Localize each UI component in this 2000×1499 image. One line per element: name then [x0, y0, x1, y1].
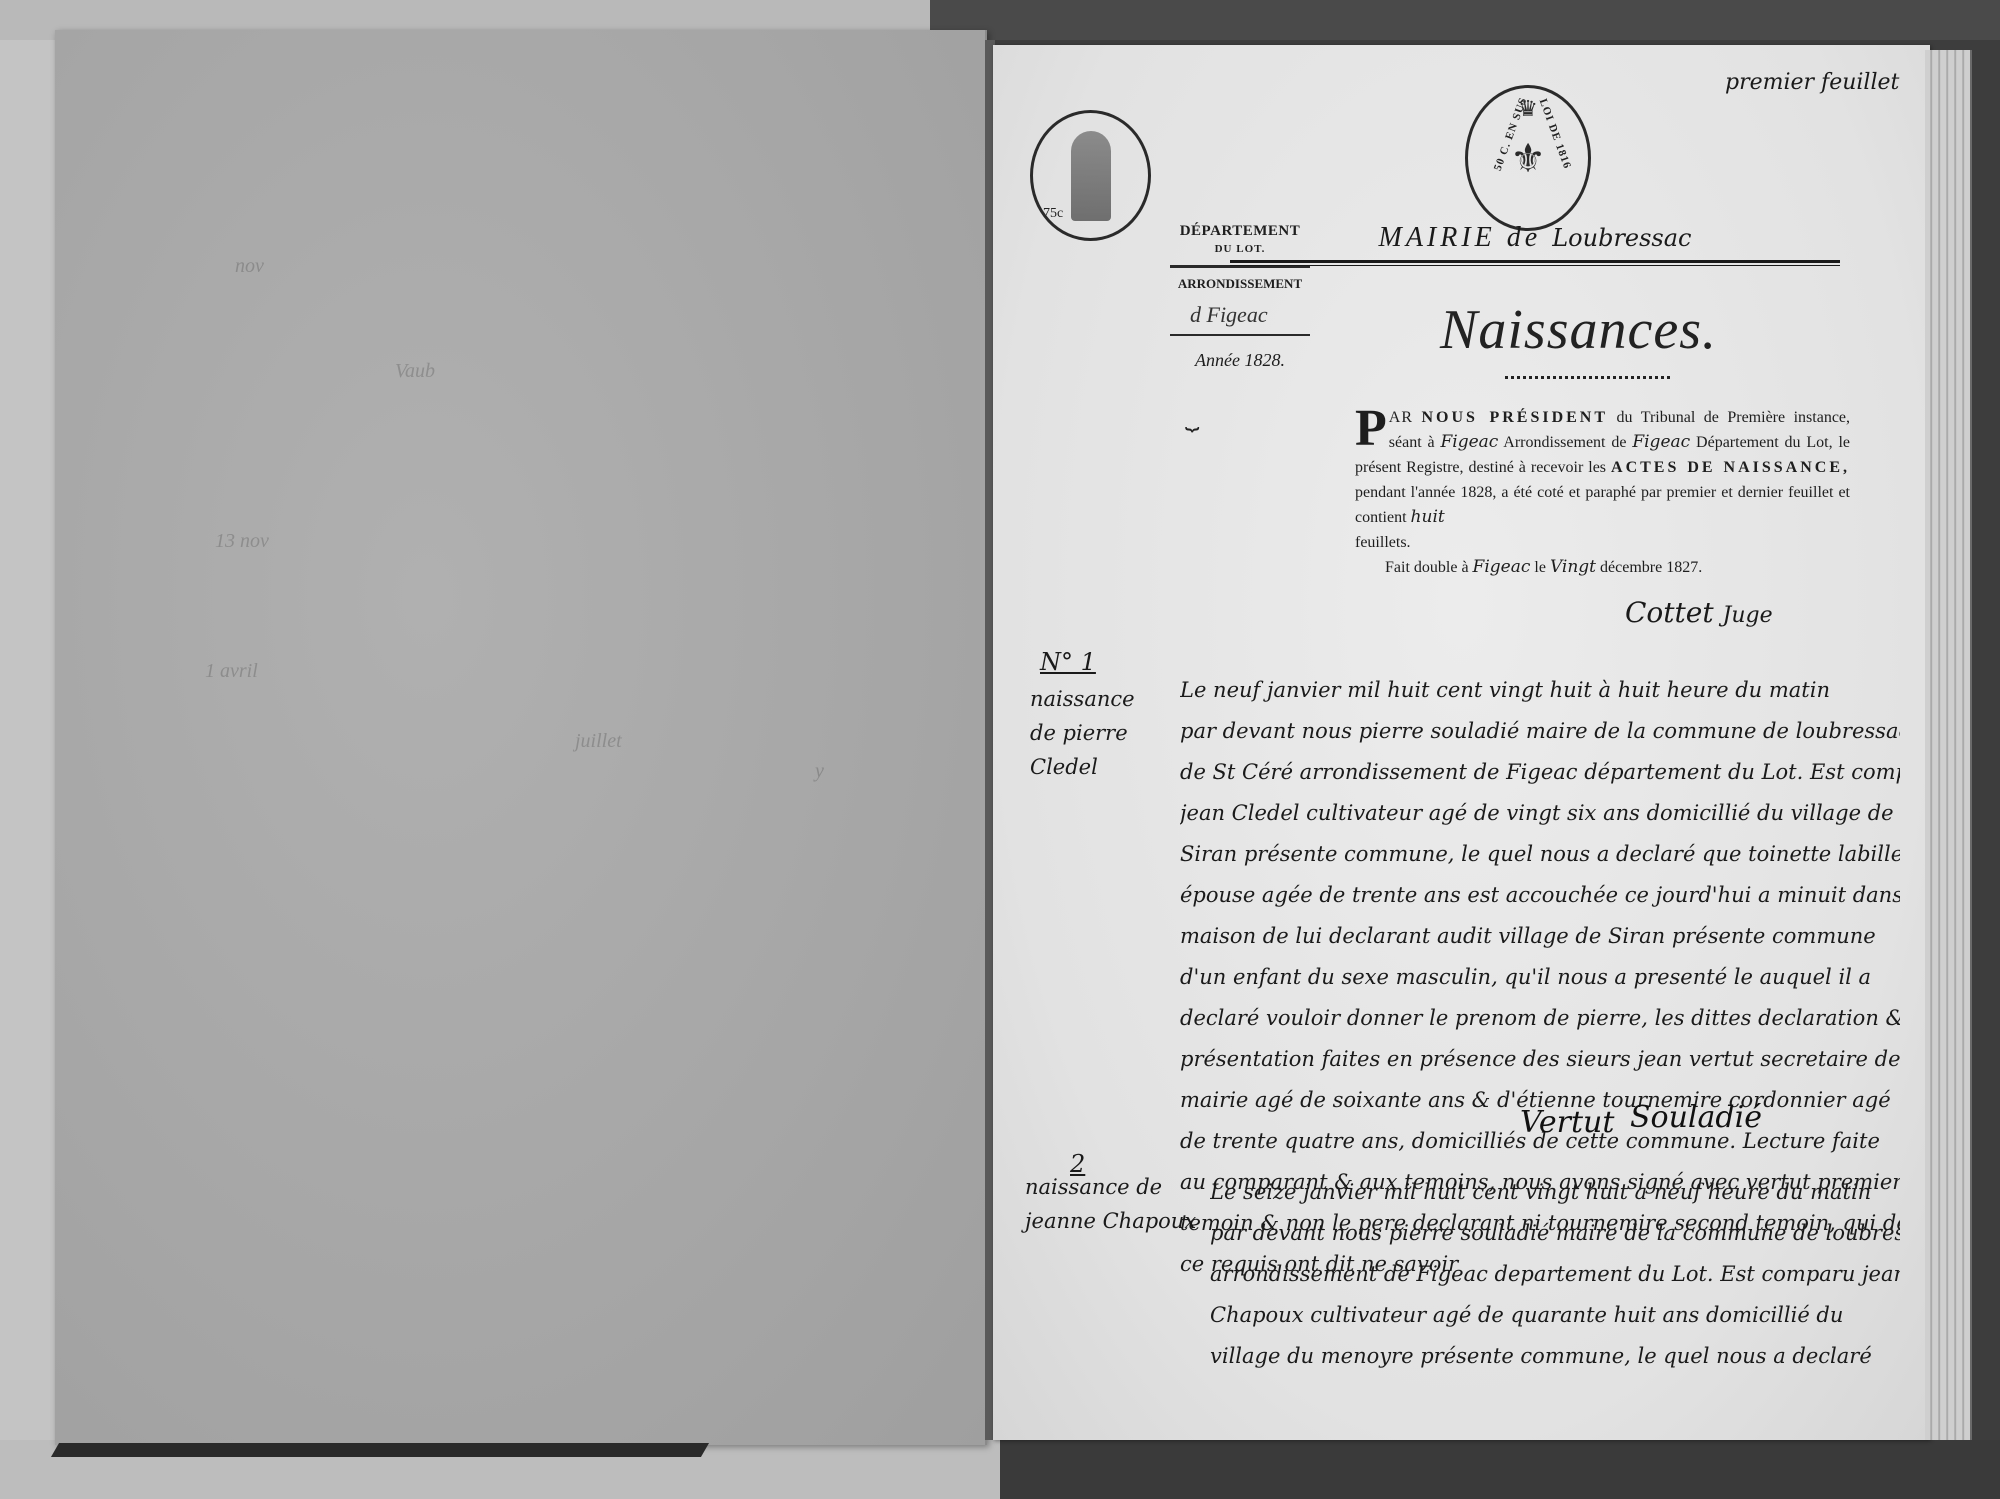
faint-mark: 13 nov	[215, 530, 269, 553]
underlying-page-edge	[0, 40, 63, 1440]
fait-place: Figeac	[1473, 557, 1531, 577]
corner-note: premier feuillet	[1725, 70, 1899, 95]
birth-entry-2: Le seize janvier mil huit cent vingt hui…	[1210, 1172, 1900, 1377]
divider	[1170, 334, 1310, 336]
year-label: Année 1828.	[1170, 350, 1310, 371]
entry-margin-note: naissance de jeanne Chapoux	[1025, 1170, 1196, 1238]
stamp-denomination: 75c	[1043, 206, 1063, 222]
register-title: Naissances.	[1440, 298, 1717, 362]
seant-place: Figeac	[1440, 432, 1498, 452]
decorative-rule	[1505, 372, 1670, 379]
witness-signature: Vertut	[1520, 1105, 1614, 1140]
left-page-verso: nov 13 nov 1 avril juillet y Vaub	[55, 30, 987, 1445]
drop-cap: P	[1355, 407, 1387, 451]
mayor-signature: Souladié	[1630, 1100, 1762, 1135]
tax-stamp-icon: 75c	[1030, 110, 1151, 241]
arrondissement-label: ARRONDISSEMENT	[1170, 276, 1310, 292]
mairie-printed: MAIRIE	[1379, 222, 1496, 253]
allegorical-figure-icon	[1071, 131, 1111, 221]
commune-name: Loubressac	[1552, 224, 1691, 252]
background-surface-bottom-dark	[1000, 1440, 2000, 1499]
mairie-de: de	[1507, 222, 1541, 253]
page-stack-edge	[1925, 50, 1972, 1440]
fleur-de-lis-stamp-icon: ♛ ⚜ 50 C. EN SUS LOI DE 1816	[1465, 85, 1591, 231]
torn-edge	[51, 1443, 709, 1457]
preamble-paragraph: P AR NOUS PRÉSIDENT du Tribunal de Premi…	[1355, 405, 1850, 580]
entry-number: N° 1	[1040, 648, 1096, 676]
faint-mark: nov	[235, 255, 264, 278]
arrondissement-value: d Figeac	[1170, 302, 1310, 328]
faint-mark: y	[815, 760, 824, 783]
faint-mark: Vaub	[395, 360, 435, 383]
arrondissement-place: Figeac	[1632, 432, 1690, 452]
faint-mark: 1 avril	[205, 660, 258, 683]
entry-margin-note: naissance de pierre Cledel	[1030, 682, 1135, 784]
leaf-count: huit	[1411, 507, 1445, 527]
fleur-de-lis-icon: ⚜	[1510, 135, 1546, 182]
double-rule	[1230, 260, 1840, 266]
decorative-brace: ⏟	[1185, 405, 1199, 432]
judge-signature: Cottet Juge	[1625, 596, 1773, 629]
fait-day: Vingt	[1550, 557, 1596, 577]
mairie-heading: MAIRIE de Loubressac	[1230, 222, 1840, 266]
background-surface-top-right	[930, 0, 2000, 40]
actes-label: ACTES DE NAISSANCE,	[1611, 459, 1850, 476]
president-label: NOUS PRÉSIDENT	[1422, 409, 1609, 426]
faint-mark: juillet	[575, 730, 622, 753]
